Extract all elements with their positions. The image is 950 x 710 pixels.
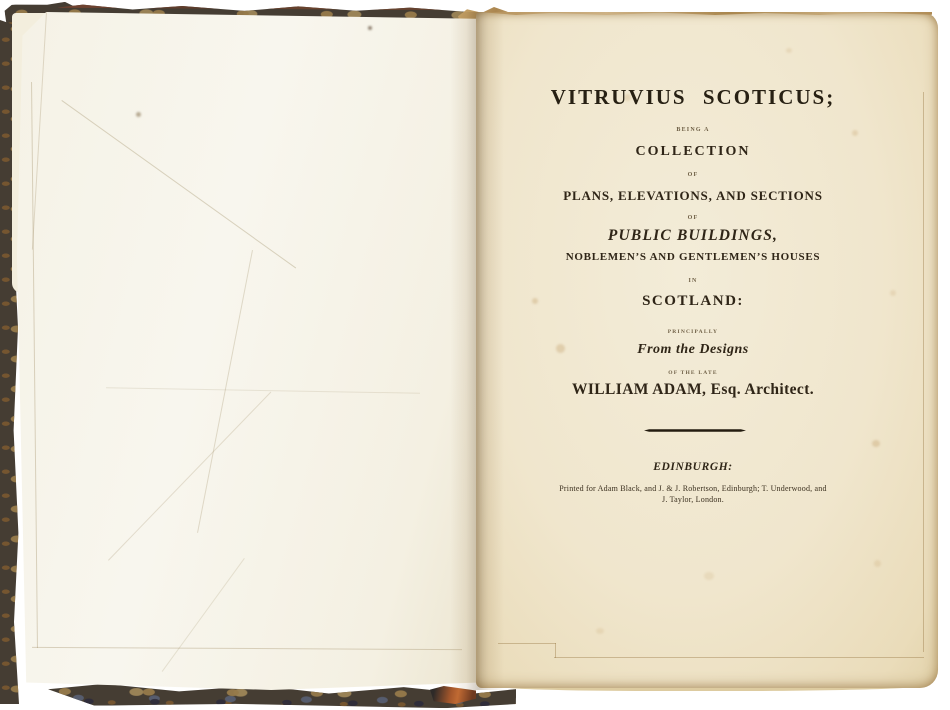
scotland-line: SCOTLAND: bbox=[476, 294, 938, 309]
collection-line: COLLECTION bbox=[476, 145, 938, 159]
plans-elevations-line: PLANS, ELEVATIONS, AND SECTIONS bbox=[476, 189, 938, 202]
foxing-spot bbox=[874, 560, 881, 567]
crease-line bbox=[162, 558, 245, 672]
plate-mark-line bbox=[554, 657, 924, 658]
foxing-spot bbox=[872, 440, 880, 447]
flyleaf-edge-line bbox=[32, 12, 47, 250]
of-the-late-line: OF THE LATE bbox=[476, 371, 938, 377]
blank-verso-page bbox=[16, 12, 480, 692]
foxing-spot bbox=[786, 48, 792, 53]
being-a-line: BEING A bbox=[476, 127, 938, 133]
of-word-lower: OF bbox=[476, 215, 938, 221]
foxing-spot bbox=[136, 112, 141, 117]
crease-line bbox=[61, 100, 296, 268]
foxing-spot bbox=[368, 26, 372, 30]
title-page: VITRUVIUS SCOTICUS; BEING A COLLECTION O… bbox=[476, 12, 938, 688]
plate-mark-line bbox=[498, 643, 556, 644]
from-the-designs-line: From the Designs bbox=[476, 343, 938, 357]
plate-mark-line bbox=[555, 643, 556, 658]
principally-line: PRINCIPALLY bbox=[476, 330, 938, 336]
book-title: VITRUVIUS SCOTICUS; bbox=[476, 87, 938, 108]
crease-line bbox=[108, 392, 271, 561]
public-buildings-line: PUBLIC BUILDINGS, bbox=[476, 228, 938, 244]
foxing-spot bbox=[704, 572, 714, 580]
crease-line bbox=[197, 250, 253, 533]
turn-in-impressed-line bbox=[31, 82, 38, 648]
foxing-spot bbox=[596, 628, 604, 634]
crease-line bbox=[106, 387, 420, 393]
imprint-line-1: Printed for Adam Black, and J. & J. Robe… bbox=[476, 485, 938, 493]
of-word-upper: OF bbox=[476, 172, 938, 178]
deckle-edge bbox=[480, 12, 932, 15]
author-line: WILLIAM ADAM, Esq. Architect. bbox=[476, 382, 938, 398]
turn-in-impressed-line bbox=[32, 647, 462, 650]
in-word: IN bbox=[476, 278, 938, 284]
houses-line: NOBLEMEN’S AND GENTLEMEN’S HOUSES bbox=[476, 252, 938, 263]
imprint-city: EDINBURGH: bbox=[476, 462, 938, 474]
book-photo: VITRUVIUS SCOTICUS; BEING A COLLECTION O… bbox=[0, 0, 950, 710]
swelled-rule bbox=[644, 429, 746, 432]
imprint-line-2: J. Taylor, London. bbox=[476, 496, 938, 504]
